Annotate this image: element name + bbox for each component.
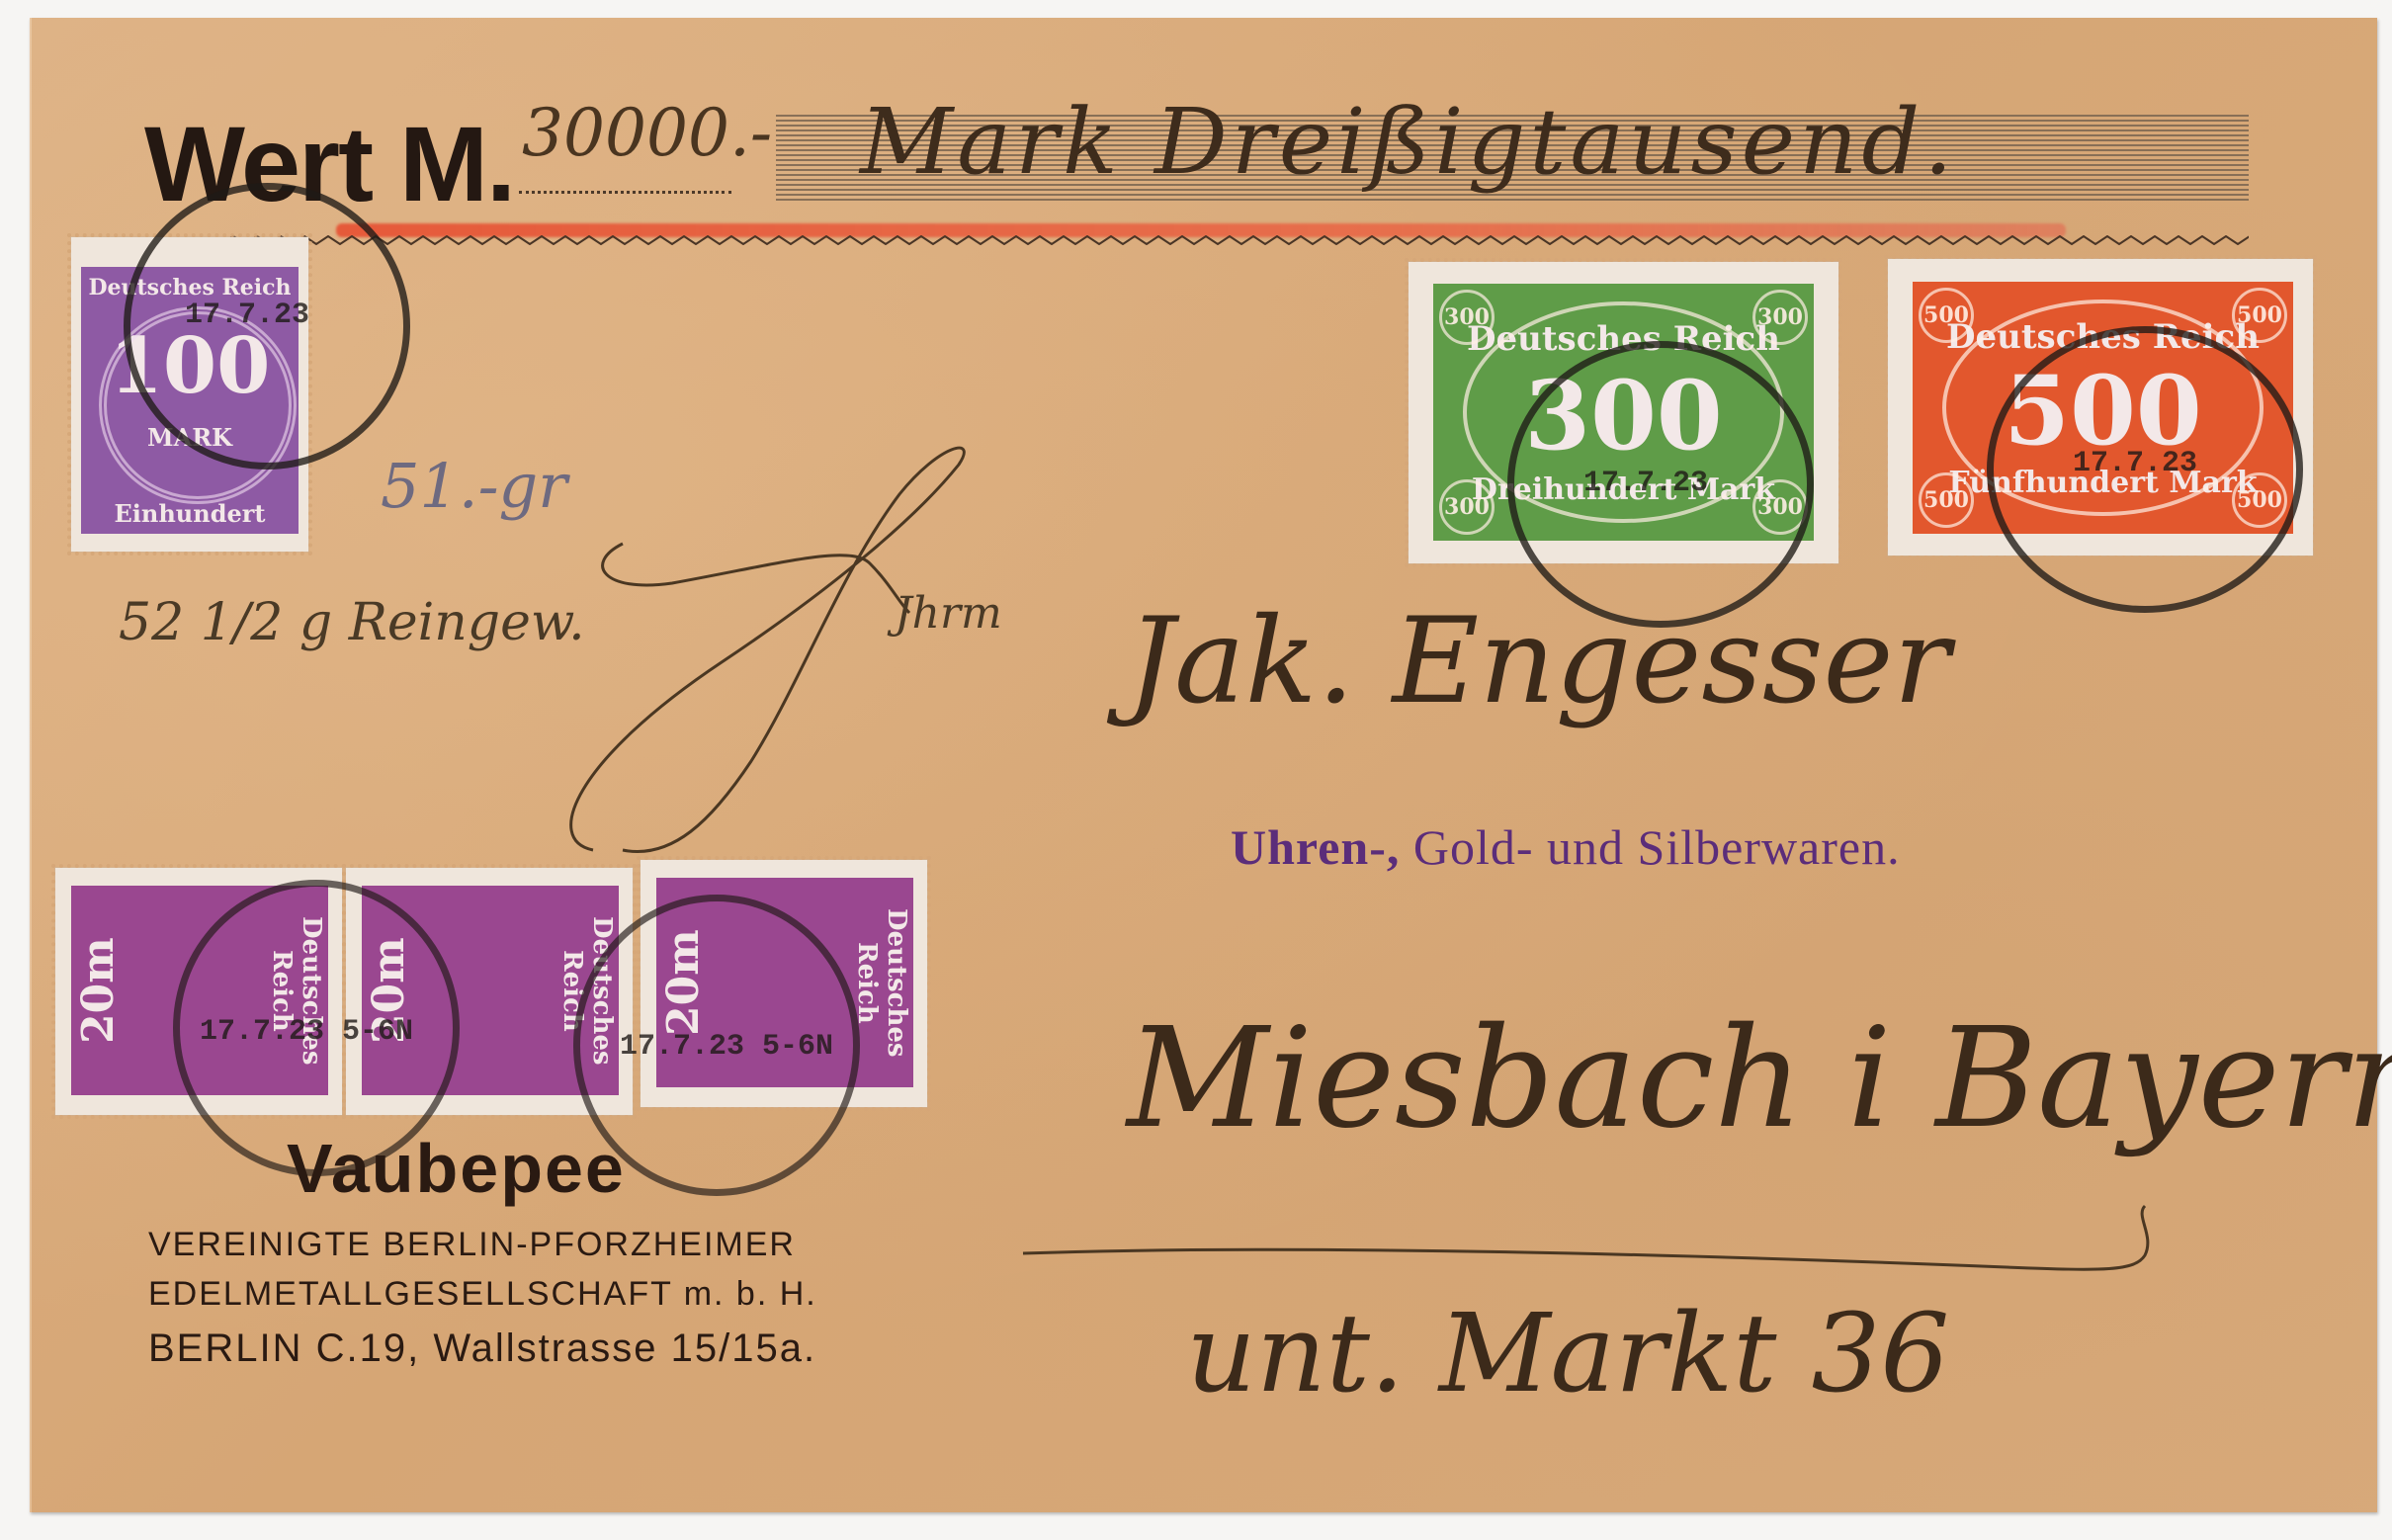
- postmark-date: 17.7.23: [185, 299, 309, 332]
- sender-brand: Vaubepee: [287, 1129, 626, 1208]
- stamp-value: 20m: [71, 886, 126, 1095]
- value-dotted-line: [519, 191, 731, 194]
- signature: Jhrm: [895, 588, 1002, 639]
- corner-value: 500: [2232, 288, 2287, 343]
- value-in-words: Mark Dreißigtausend.: [860, 89, 1957, 195]
- recipient-business: Uhren-, Gold- und Silberwaren.: [1231, 819, 1901, 875]
- postmark: 17.7.23: [1987, 326, 2303, 613]
- postmark-date: 17.7.23 5-6N: [620, 1030, 833, 1064]
- sender-line-1: VEREINIGTE BERLIN-PFORZHEIMER: [148, 1226, 796, 1264]
- recipient-city: Miesbach i Bayern: [1127, 998, 2392, 1159]
- signature-flourish: [425, 435, 1018, 860]
- sender-line-2: EDELMETALLGESELLSCHAFT m. b. H.: [148, 1275, 817, 1314]
- corner-value: 500: [1919, 472, 1974, 528]
- postmark-date: 17.7.23: [2073, 447, 2197, 480]
- corner-value: 300: [1439, 290, 1495, 345]
- address-underline: [1018, 1186, 2254, 1275]
- recipient-business-stamp: Uhren-, Gold- und Silberwaren.: [1231, 818, 1901, 876]
- recipient-name: Jak. Engesser: [1127, 593, 1950, 730]
- corner-value: 300: [1752, 290, 1808, 345]
- postmark: 17.7.23: [1507, 341, 1814, 628]
- corner-value: 300: [1439, 479, 1495, 535]
- corner-value: 500: [1919, 288, 1974, 343]
- postmark-date: 17.7.23 5-6N: [200, 1015, 413, 1049]
- postmark: 17.7.23: [124, 183, 410, 470]
- value-handwritten: 30000.-: [522, 95, 772, 171]
- recipient-street: unt. Markt 36: [1186, 1290, 1949, 1416]
- postmark-date: 17.7.23: [1583, 467, 1708, 500]
- wavy-rule: [227, 235, 2249, 245]
- sender-line-3: BERLIN C.19, Wallstrasse 15/15a.: [148, 1326, 816, 1371]
